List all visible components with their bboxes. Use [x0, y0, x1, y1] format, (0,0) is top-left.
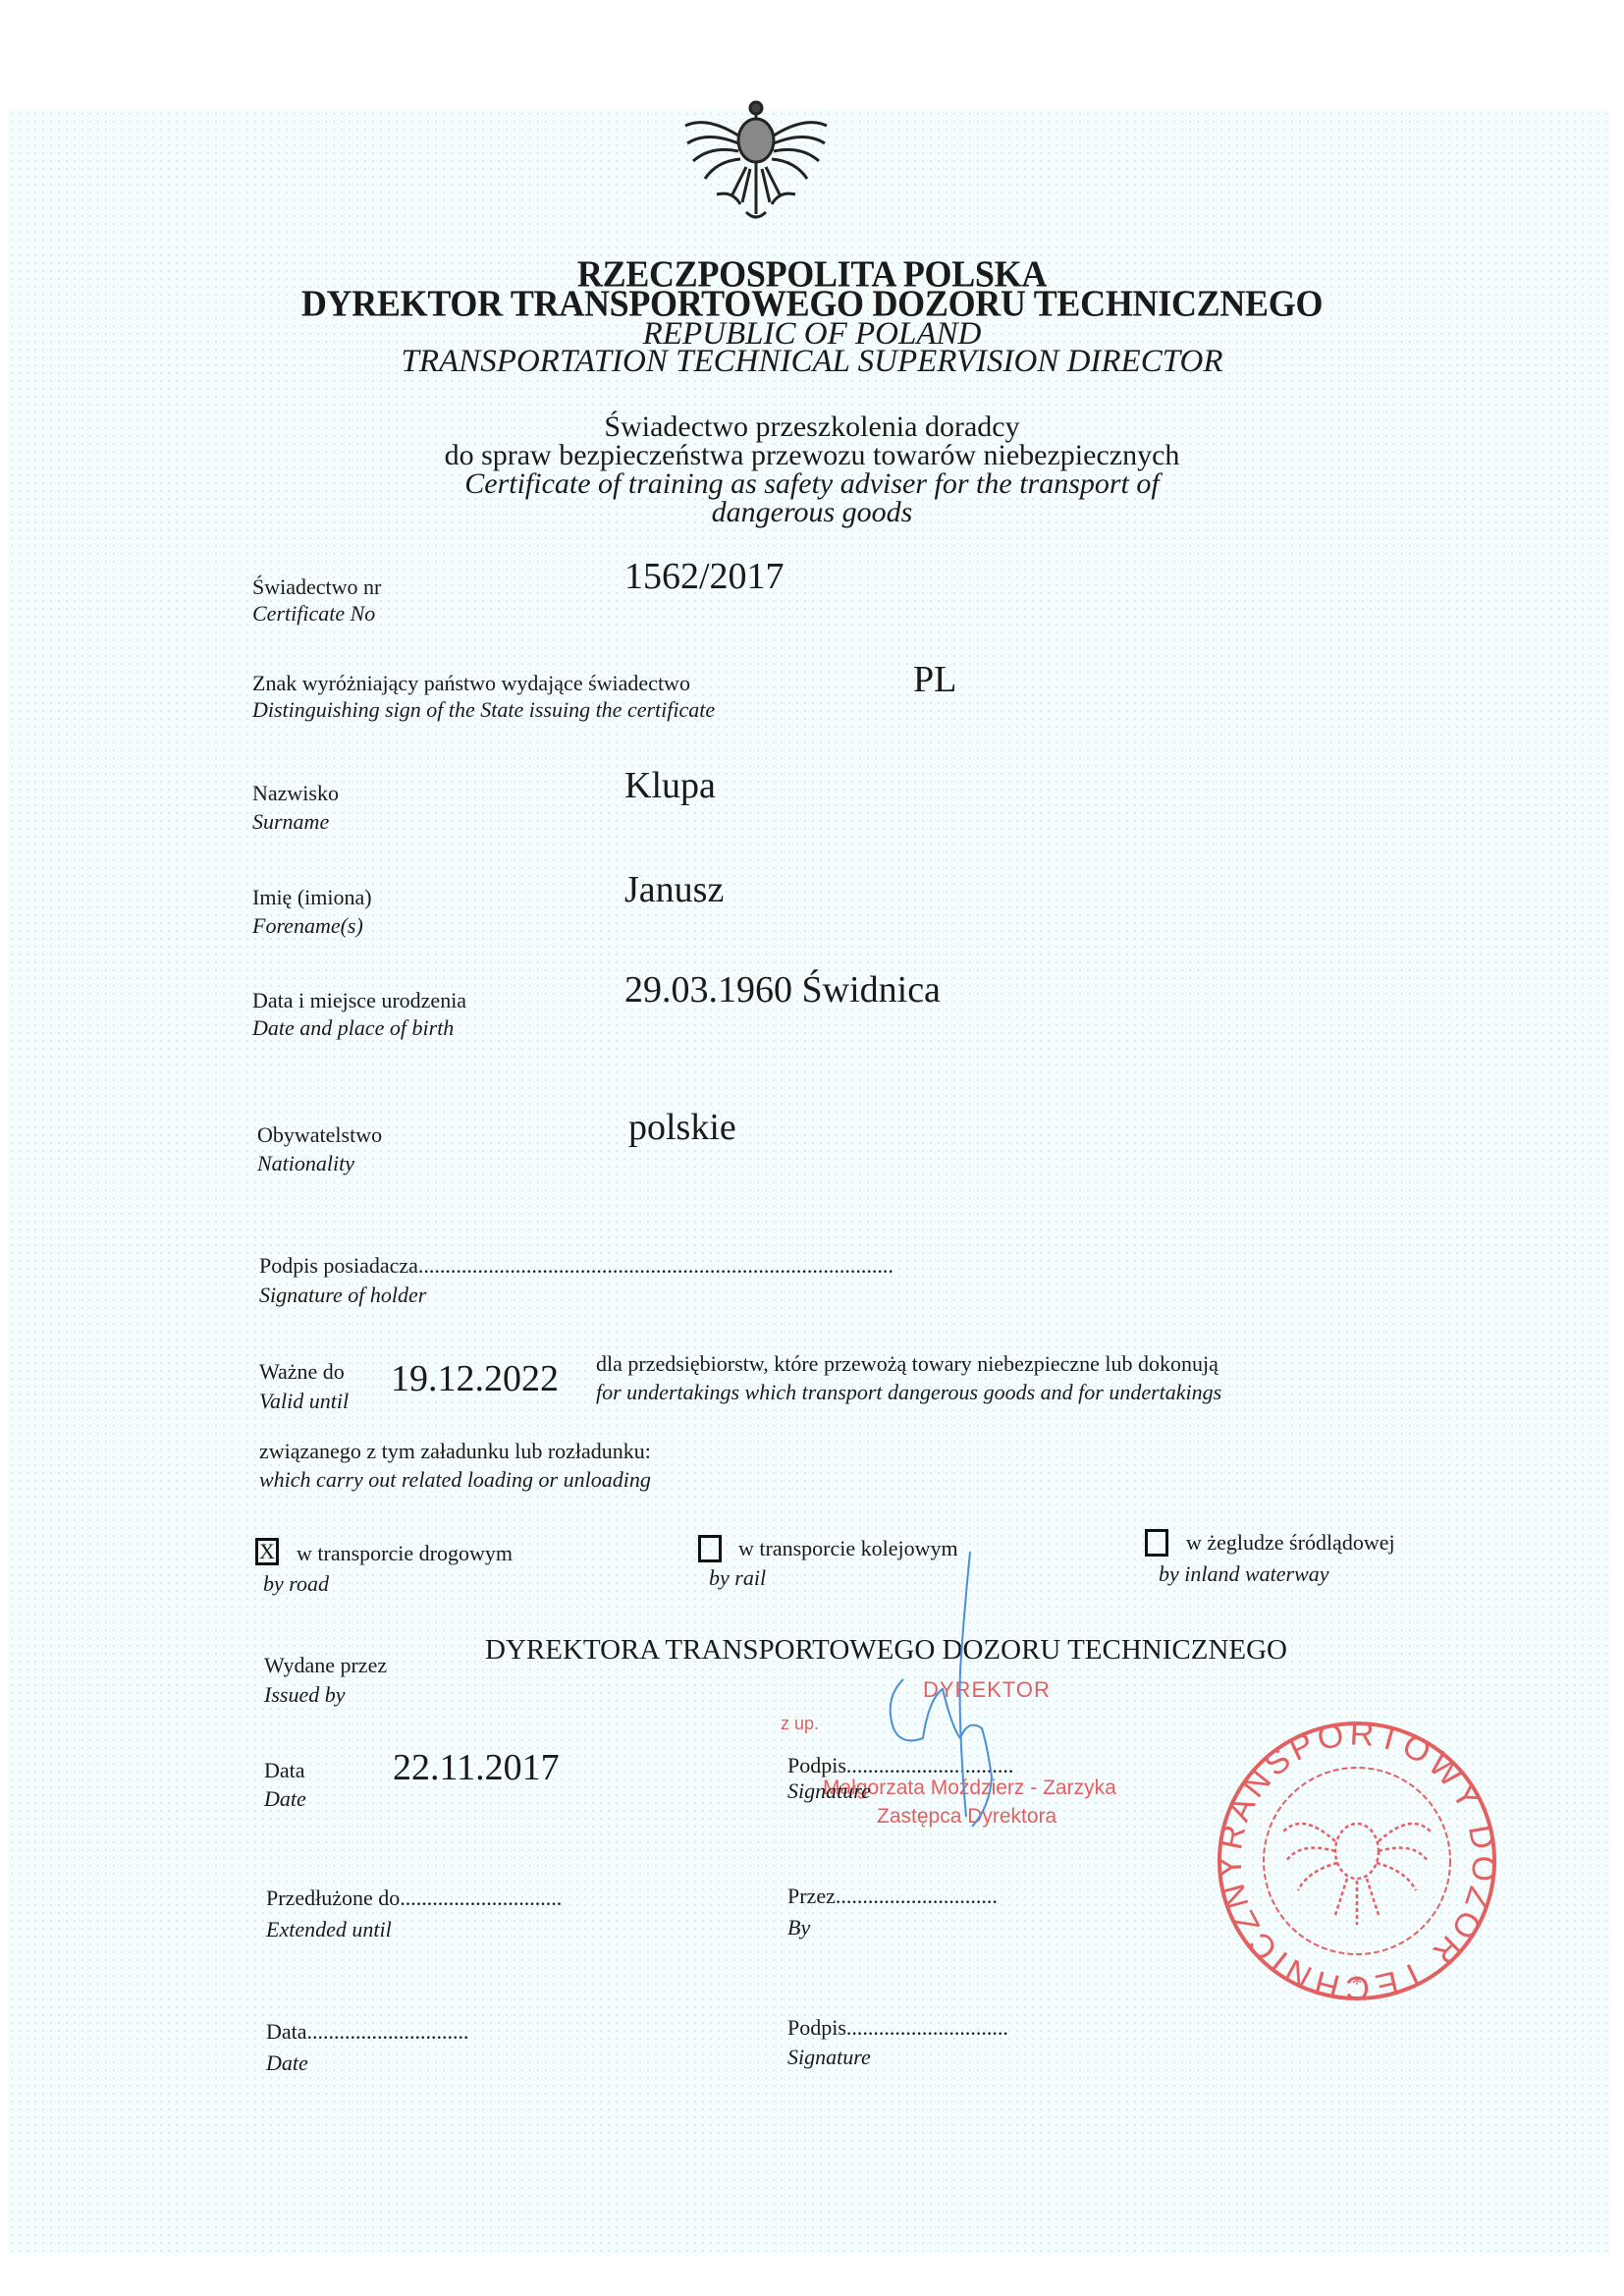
- mode-rail-label-en: by rail: [709, 1565, 766, 1591]
- validity-text-en-2: which carry out related loading or unloa…: [259, 1467, 651, 1493]
- surname-label: Nazwisko: [252, 781, 339, 806]
- mode-road-label-en: by road: [263, 1571, 329, 1597]
- checkbox-by-road[interactable]: X: [255, 1538, 279, 1565]
- state-sign-value: PL: [913, 658, 956, 701]
- valid-until-label-en: Valid until: [259, 1389, 349, 1414]
- handwritten-signature: [844, 1532, 1041, 1827]
- svg-text:TRANSPORTOWY DOZOR TECHNICZNY: TRANSPORTOWY DOZOR TECHNICZNY: [1198, 1684, 1503, 2006]
- birth-label-en: Date and place of birth: [252, 1015, 454, 1041]
- nationality-label-en: Nationality: [257, 1151, 354, 1176]
- mode-road-label: w transporcie drogowym: [297, 1541, 513, 1566]
- mode-waterway-label-en: by inland waterway: [1159, 1561, 1329, 1587]
- stamp-zup: z up.: [781, 1714, 819, 1734]
- issue-date-label: Data: [264, 1758, 305, 1783]
- issue-date-value: 22.11.2017: [393, 1746, 560, 1789]
- forenames-value: Janusz: [624, 868, 724, 911]
- extended-until-label-en: Extended until: [266, 1917, 392, 1942]
- svg-text:*: *: [1352, 1971, 1363, 1995]
- polish-eagle-icon: [677, 96, 835, 224]
- validity-text-pl-1: dla przedsiębiorstw, które przewożą towa…: [596, 1351, 1218, 1377]
- certificate-title-en-2: dangerous goods: [0, 496, 1624, 529]
- extension-signature-label-en: Signature: [787, 2045, 871, 2070]
- extended-by-label-en: By: [787, 1915, 810, 1941]
- certificate-no-label: Świadectwo nr: [252, 574, 381, 600]
- birth-label: Data i miejsce urodzenia: [252, 988, 466, 1013]
- surname-label-en: Surname: [252, 809, 329, 835]
- nationality-label: Obywatelstwo: [257, 1122, 382, 1148]
- extension-date-line: Data..............................: [266, 2019, 469, 2045]
- forenames-label-en: Forename(s): [252, 913, 363, 939]
- official-seal-stamp: TRANSPORTOWY DOZOR TECHNICZNY *: [1210, 1714, 1504, 2008]
- nationality-value: polskie: [628, 1106, 736, 1149]
- extension-date-label-en: Date: [266, 2050, 308, 2076]
- extension-signature-line: Podpis..............................: [787, 2015, 1008, 2041]
- checkbox-by-rail[interactable]: [698, 1535, 722, 1562]
- certificate-no-label-en: Certificate No: [252, 601, 375, 627]
- holder-signature-line: Podpis posiadacza.......................…: [259, 1253, 893, 1279]
- certificate-no-value: 1562/2017: [624, 555, 785, 598]
- issued-by-label: Wydane przez: [264, 1653, 387, 1678]
- state-sign-label-en: Distinguishing sign of the State issuing…: [252, 697, 715, 723]
- validity-text-pl-2: związanego z tym załadunku lub rozładunk…: [259, 1439, 651, 1464]
- header-authority-en: TRANSPORTATION TECHNICAL SUPERVISION DIR…: [0, 344, 1624, 380]
- surname-value: Klupa: [624, 764, 716, 807]
- issued-by-label-en: Issued by: [264, 1682, 345, 1708]
- valid-until-label: Ważne do: [259, 1359, 345, 1385]
- state-sign-label: Znak wyróżniający państwo wydające świad…: [252, 671, 690, 696]
- valid-until-value: 19.12.2022: [391, 1357, 559, 1400]
- checkbox-by-inland-waterway[interactable]: [1145, 1529, 1168, 1557]
- validity-text-en-1: for undertakings which transport dangero…: [596, 1380, 1221, 1405]
- birth-value: 29.03.1960 Świdnica: [624, 968, 941, 1011]
- extended-until-line: Przedłużone do..........................…: [266, 1886, 562, 1911]
- extended-by-line: Przez..............................: [787, 1884, 998, 1909]
- holder-signature-label-en: Signature of holder: [259, 1283, 426, 1308]
- forenames-label: Imię (imiona): [252, 885, 372, 910]
- issue-date-label-en: Date: [264, 1786, 306, 1812]
- mode-waterway-label: w żegludze śródlądowej: [1186, 1530, 1395, 1556]
